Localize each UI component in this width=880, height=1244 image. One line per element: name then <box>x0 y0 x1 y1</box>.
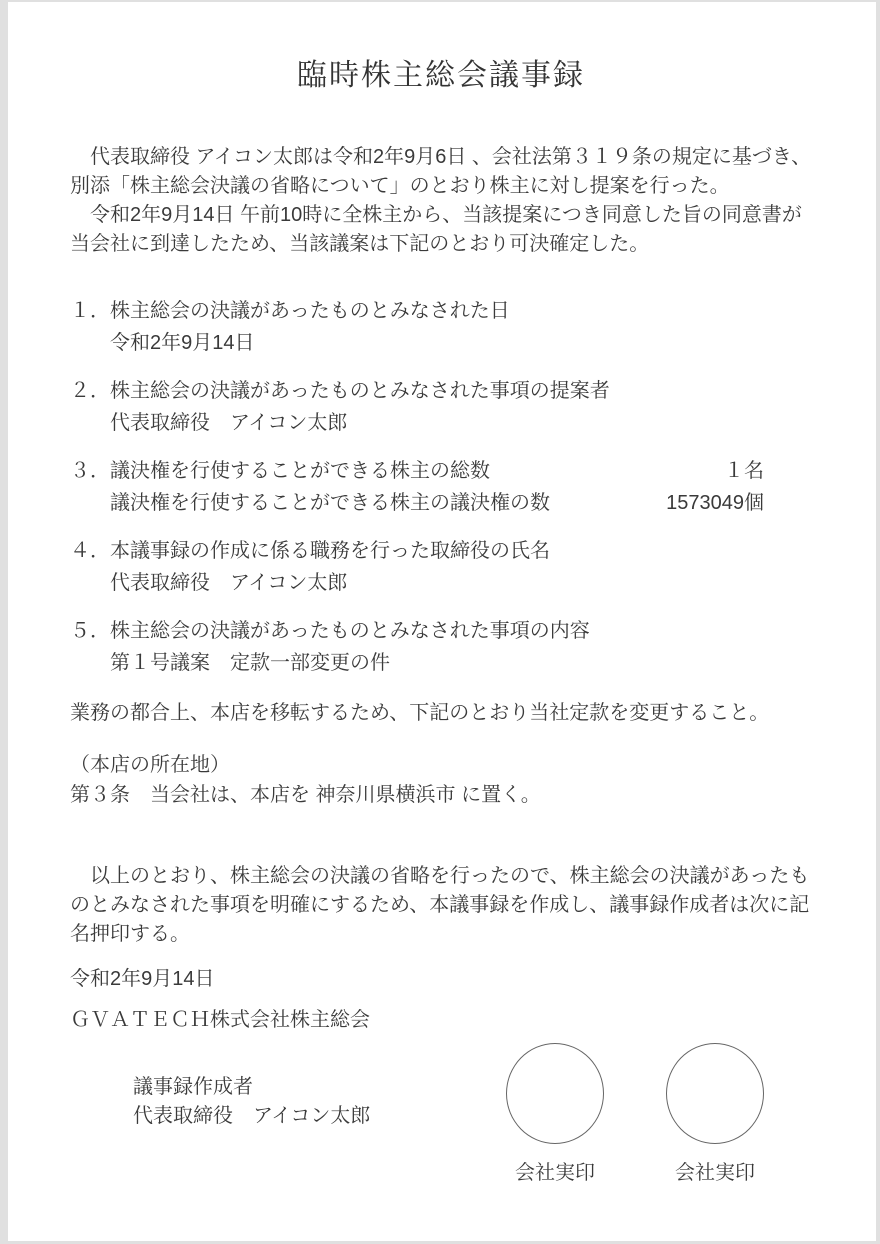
item-3-row-1: ３． 議決権を行使することができる株主の総数 １名 <box>70 455 812 487</box>
item-4-detail: 代表取締役 アイコン太郎 <box>70 567 812 599</box>
item-3-row-1-value: １名 <box>724 455 764 487</box>
closing-statement: 以上のとおり、株主総会の決議の省略を行ったので、株主総会の決議があったものとみな… <box>70 862 812 949</box>
item-4-number: ４． <box>70 535 110 567</box>
item-1-number: １． <box>70 295 110 327</box>
company-name: ＧＶＡＴＥＣＨ株式会社株主総会 <box>70 1006 812 1035</box>
list-item-5: ５．株主総会の決議があったものとみなされた事項の内容 第１号議案 定款一部変更の… <box>70 615 812 679</box>
item-4-title: 本議事録の作成に係る職務を行った取締役の氏名 <box>110 540 550 562</box>
item-2-number: ２． <box>70 375 110 407</box>
intro-section: 代表取締役 アイコン太郎は令和2年9月6日 、会社法第３１９条の規定に基づき、別… <box>70 143 812 259</box>
numbered-list: １．株主総会の決議があったものとみなされた日 令和2年9月14日 ２．株主総会の… <box>70 295 812 679</box>
list-item-2: ２．株主総会の決議があったものとみなされた事項の提案者 代表取締役 アイコン太郎 <box>70 375 812 439</box>
document-viewer-background: 臨時株主総会議事録 代表取締役 アイコン太郎は令和2年9月6日 、会社法第３１９… <box>0 0 880 1244</box>
item-1-title: 株主総会の決議があったものとみなされた日 <box>110 300 510 322</box>
seal-circle-icon <box>666 1043 764 1144</box>
document-page: 臨時株主総会議事録 代表取締役 アイコン太郎は令和2年9月6日 、会社法第３１９… <box>8 2 876 1241</box>
item-1-heading: １．株主総会の決議があったものとみなされた日 <box>70 295 812 327</box>
list-item-1: １．株主総会の決議があったものとみなされた日 令和2年9月14日 <box>70 295 812 359</box>
seal-2-label: 会社実印 <box>665 1156 765 1185</box>
document-content: 臨時株主総会議事録 代表取締役 アイコン太郎は令和2年9月6日 、会社法第３１９… <box>8 58 876 1213</box>
item-2-heading: ２．株主総会の決議があったものとみなされた事項の提案者 <box>70 375 812 407</box>
list-item-4: ４．本議事録の作成に係る職務を行った取締役の氏名 代表取締役 アイコン太郎 <box>70 535 812 599</box>
item-3-row-1-label: 議決権を行使することができる株主の総数 <box>110 455 724 487</box>
intro-paragraph-1: 代表取締役 アイコン太郎は令和2年9月6日 、会社法第３１９条の規定に基づき、別… <box>70 143 812 201</box>
item-2-detail: 代表取締役 アイコン太郎 <box>70 407 812 439</box>
list-item-3: ３． 議決権を行使することができる株主の総数 １名 議決権を行使することができる… <box>70 455 812 519</box>
item-3-number: ３． <box>70 455 110 487</box>
item-1-detail: 令和2年9月14日 <box>70 327 812 359</box>
item-5-number: ５． <box>70 615 110 647</box>
document-date: 令和2年9月14日 <box>70 965 812 994</box>
item-3-row-2: 議決権を行使することができる株主の議決権の数 1573049個 <box>70 487 812 519</box>
item-5-detail: 第１号議案 定款一部変更の件 <box>70 647 812 679</box>
seal-circle-icon <box>506 1043 604 1144</box>
item-5-heading: ５．株主総会の決議があったものとみなされた事項の内容 <box>70 615 812 647</box>
item-3-row-2-value: 1573049個 <box>666 487 764 519</box>
item-2-title: 株主総会の決議があったものとみなされた事項の提案者 <box>110 380 610 402</box>
seal-1-label: 会社実印 <box>505 1156 605 1185</box>
document-title: 臨時株主総会議事録 <box>70 58 812 94</box>
article-body: 第３条 当会社は、本店を 神奈川県横浜市 に置く。 <box>70 780 812 810</box>
signature-area: 議事録作成者 代表取締役 アイコン太郎 会社実印 会社実印 <box>70 1043 812 1213</box>
article-heading: （本店の所在地） <box>70 750 812 780</box>
intro-paragraph-2: 令和2年9月14日 午前10時に全株主から、当該提案につき同意した旨の同意書が当… <box>70 201 812 259</box>
seal-group-1: 会社実印 <box>505 1043 605 1185</box>
item-3-row-2-label: 議決権を行使することができる株主の議決権の数 <box>110 487 666 519</box>
article-section: （本店の所在地） 第３条 当会社は、本店を 神奈川県横浜市 に置く。 <box>70 750 812 810</box>
item-4-heading: ４．本議事録の作成に係る職務を行った取締役の氏名 <box>70 535 812 567</box>
seal-group-2: 会社実印 <box>665 1043 765 1185</box>
item-5-title: 株主総会の決議があったものとみなされた事項の内容 <box>110 620 590 642</box>
amendment-note: 業務の都合上、本店を移転するため、下記のとおり当社定款を変更すること。 <box>70 699 812 728</box>
